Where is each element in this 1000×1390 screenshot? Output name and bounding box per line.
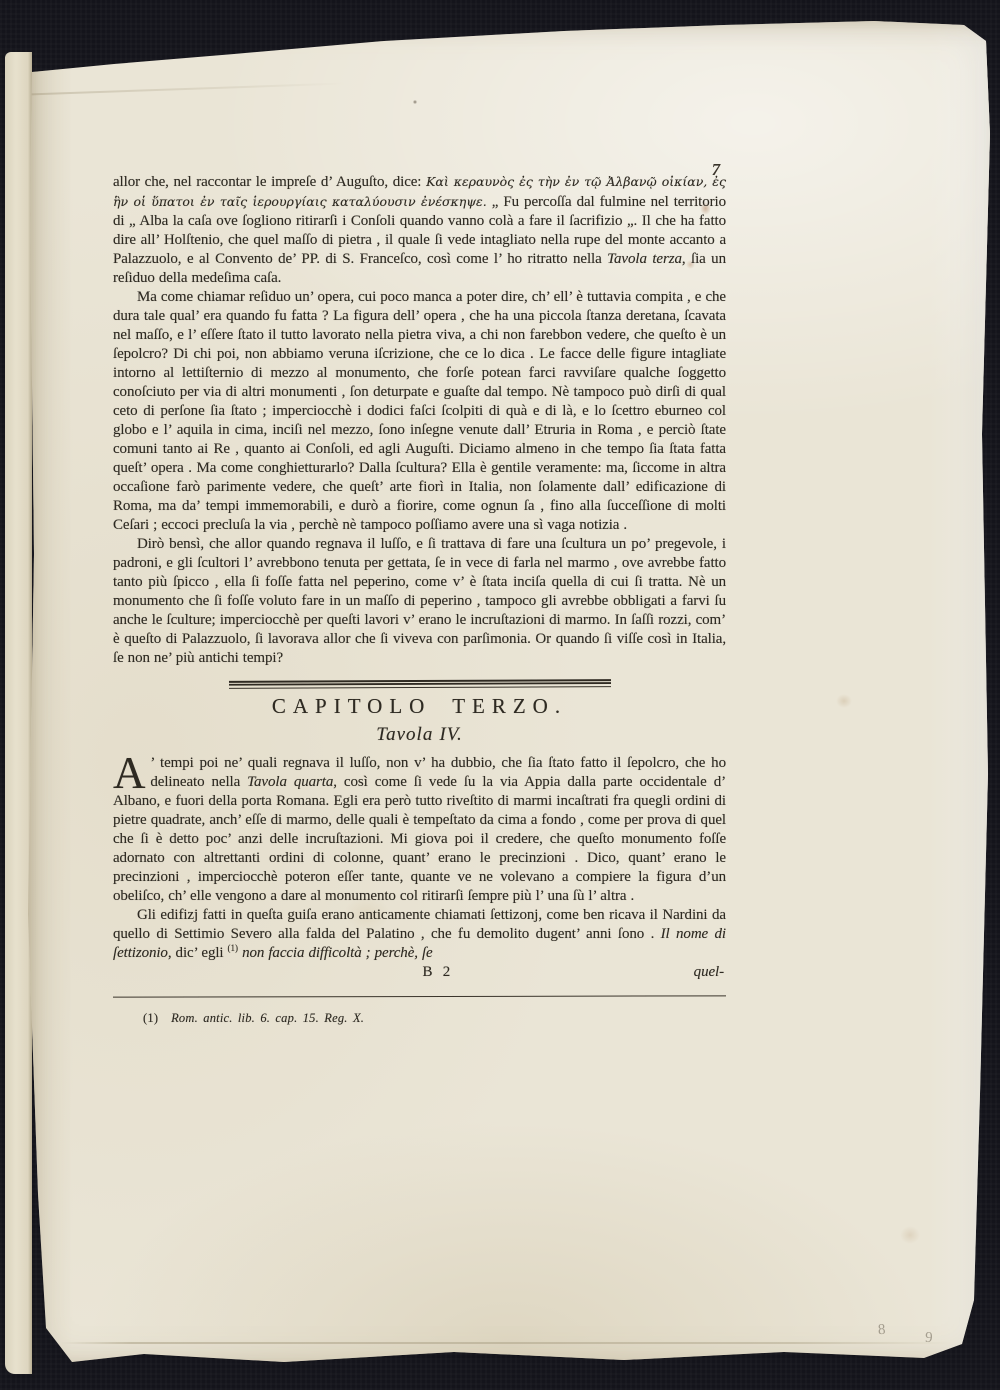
body-text: Ma come chiamar reſiduo un’ opera, cui p… [113, 289, 726, 533]
footnote-rule [113, 995, 726, 997]
italic-text: non faccia difficoltà ; perchè, ſe [238, 945, 433, 961]
body-text: , dic’ egli [168, 945, 228, 961]
body-text: , così come ſi vede ſu la via Appia dall… [113, 774, 726, 904]
foxing-stain [836, 694, 852, 708]
body-text: allor che, nel raccontar le impreſe d’ A… [113, 174, 426, 190]
chapter-heading: CAPITOLO TERZO. [113, 697, 726, 716]
paragraph: Gli edifizj fatti in queſta guiſa erano … [113, 906, 726, 963]
foxing-stain [900, 1226, 920, 1244]
body-text: Gli edifizj fatti in queſta guiſa erano … [113, 907, 726, 942]
top-crease [26, 82, 346, 95]
section-divider-rule [228, 679, 610, 690]
italic-text: Tavola terza [607, 251, 682, 267]
bottom-crease [60, 1342, 952, 1344]
plate-subheading: Tavola IV. [113, 725, 726, 744]
scanner-background: 7 allor che, nel raccontar le impreſe d’… [0, 0, 1000, 1390]
drop-cap: A [113, 754, 150, 792]
paragraph-with-drop-cap: A’ tempi poi ne’ quali regnava il luſſo,… [113, 754, 726, 906]
pencil-mark: 8 [877, 1322, 886, 1339]
footnote: (1) Rom. antic. lib. 6. cap. 15. Reg. X. [113, 1009, 726, 1028]
paragraph: Ma come chiamar reſiduo un’ opera, cui p… [113, 288, 726, 535]
signature-mark: B 2 [423, 963, 454, 982]
catchword: quel- [694, 963, 724, 982]
pencil-mark: 9 [925, 1330, 933, 1347]
ink-speck [413, 100, 417, 104]
signature-line: B 2 quel- [113, 963, 726, 982]
italic-text: Rom. antic. lib. 6. cap. 15. Reg. X. [171, 1011, 364, 1025]
book-page: 7 allor che, nel raccontar le impreſe d’… [24, 14, 996, 1372]
paragraph-continuation: allor che, nel raccontar le impreſe d’ A… [113, 172, 726, 288]
underlying-leaf-edge [5, 52, 32, 1374]
italic-text: Tavola quarta [247, 774, 333, 790]
page-number: 7 [712, 160, 720, 179]
paragraph: Dirò bensì, che allor quando regnava il … [113, 535, 726, 668]
text-column: 7 allor che, nel raccontar le impreſe d’… [113, 172, 726, 1028]
body-text: Dirò bensì, che allor quando regnava il … [113, 536, 726, 666]
body-text: (1) [143, 1011, 171, 1025]
footnote-reference: (1) [228, 943, 239, 953]
